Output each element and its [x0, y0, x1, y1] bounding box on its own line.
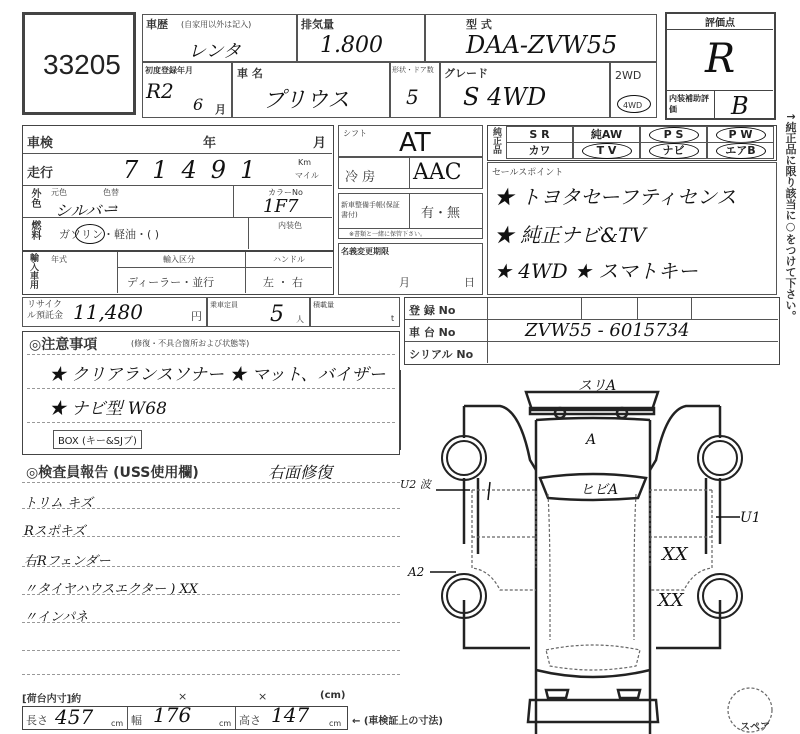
- drive-selected-circle: [617, 95, 651, 113]
- equipment-item: P S: [640, 126, 707, 143]
- name-change-cell: 名義変更期限 月 日: [338, 243, 483, 295]
- color-code: 1F7: [263, 196, 298, 217]
- lot-number: 33205: [43, 49, 121, 81]
- mark-rear-bumper: スリA: [578, 378, 616, 394]
- ac-cell: 冷 房 AAC: [338, 157, 483, 189]
- equipment-item: 純AW: [573, 126, 640, 143]
- interior-score: B: [731, 92, 749, 120]
- score-box: 評価点 R 内装補助評価 B: [665, 12, 776, 120]
- load-cell: 積載量 t: [310, 297, 400, 327]
- model-code-cell: 型 式 DAA-ZVW55: [425, 14, 657, 62]
- cargo-label: [荷台内寸]約: [22, 690, 81, 705]
- displacement-cell: 排気量 1.800: [297, 14, 425, 62]
- vehicle-info-block: 車検 年 月 走行 71491 Km マイル 外色 元色 色替 シルバー → カ…: [22, 125, 334, 251]
- registration-block: 登 録 No 車 台 No ZVW55 - 6015734 シリアル No: [404, 297, 780, 365]
- equipment-circle: [649, 143, 699, 159]
- sales-point-1: ★ トヨタセーフティセンス: [494, 181, 736, 210]
- dimensions-row: 長さ 457 cm 幅 176 cm 高さ 147 cm: [22, 706, 348, 730]
- mileage-value: 71491: [123, 156, 269, 184]
- equipment-item: エアB: [707, 142, 774, 159]
- displacement-value: 1.800: [320, 33, 383, 58]
- shift-cell: シフト AT: [338, 125, 483, 157]
- model-code-value: DAA-ZVW55: [466, 31, 617, 59]
- equipment-circle: [716, 143, 766, 159]
- recycle-cell: リサイクル預託金 11,480 円: [22, 297, 207, 327]
- warranty-cell: 新車整備手帳(保証書付) 有・無 ※書類と一緒に保管下さい。: [338, 193, 483, 239]
- mark-right-rear: U1: [740, 510, 761, 526]
- chassis-number: ZVW55 - 6015734: [525, 320, 690, 341]
- history-cell: 車歴 (自家用以外は記入) レンタ: [142, 14, 297, 62]
- equipment-circle: [649, 127, 699, 143]
- car-name-value: プリウス: [263, 83, 349, 114]
- mark-rear-glass: ヒビA: [580, 482, 618, 498]
- mark-right-door: XX: [660, 544, 689, 565]
- sales-point-3: ★ 4WD ★ スマトキー: [494, 255, 698, 284]
- capacity-cell: 乗車定員 5 人: [207, 297, 310, 327]
- height-value: 147: [271, 703, 309, 727]
- equipment-grid: 純正品 S R純AWP SP WカワT VナビエアB: [487, 125, 777, 161]
- car-diagram: スリA A ヒビA U2 波 U1 A2 XX XX スペア: [400, 370, 800, 734]
- fuel-selected-circle: [75, 224, 105, 244]
- lot-number-box: 33205: [22, 12, 136, 115]
- ac-value: AAC: [413, 160, 462, 185]
- grade-cell: グレード S 4WD: [440, 62, 610, 118]
- car-name-cell: 車 名 プリウス: [232, 62, 390, 118]
- first-reg-cell: 初度登録年月 R2 6 月: [142, 62, 232, 118]
- sales-point-2: ★ 純正ナビ&TV: [494, 219, 646, 248]
- width-value: 176: [153, 703, 191, 727]
- mark-left-front: A2: [407, 565, 424, 579]
- history-value: レンタ: [188, 37, 241, 63]
- inspector-report: ◎検査員報告 (USS使用欄) 右面修復 トリム キズ Rスポキズ 右Rフェンダ…: [22, 460, 402, 670]
- notes-box-label: BOX (キー&SJブ): [53, 430, 142, 449]
- length-value: 457: [55, 705, 93, 729]
- grade-value: S 4WD: [463, 83, 546, 111]
- equipment-item: ナビ: [640, 142, 707, 159]
- doors-cell: 形状・ドア数 5: [390, 62, 440, 118]
- equipment-item: S R: [506, 126, 573, 143]
- equipment-item: P W: [707, 126, 774, 143]
- shift-value: AT: [399, 128, 431, 158]
- mark-right-front: XX: [656, 590, 685, 611]
- spare-label: スペア: [740, 722, 770, 733]
- drive-cell: 2WD 4WD: [610, 62, 657, 118]
- notes-block: ◎注意事項 (修復・不具合箇所および状態等) ★ クリアランスソナー ★ マット…: [22, 331, 400, 455]
- import-block: 輸入車用 年式 輸入区分 ディーラー・並行 ハンドル 左 ・ 右: [22, 251, 334, 295]
- note-line-1: ★ クリアランスソナー ★ マット、バイザー: [49, 360, 386, 385]
- equipment-item: T V: [573, 142, 640, 159]
- side-note: ↑純正品に限り該当に○をつけて下さい。: [782, 112, 798, 321]
- equipment-circle: [582, 143, 632, 159]
- score-value: R: [705, 36, 735, 82]
- sales-points-cell: セールスポイント ★ トヨタセーフティセンス ★ 純正ナビ&TV ★ 4WD ★…: [487, 162, 777, 295]
- recycle-value: 11,480: [73, 300, 143, 324]
- equipment-circle: [716, 127, 766, 143]
- equipment-item: カワ: [506, 142, 573, 159]
- note-line-2: ★ ナビ型 W68: [49, 394, 167, 419]
- mark-trunk: A: [584, 432, 596, 448]
- mark-left-rear: U2 波: [400, 478, 433, 491]
